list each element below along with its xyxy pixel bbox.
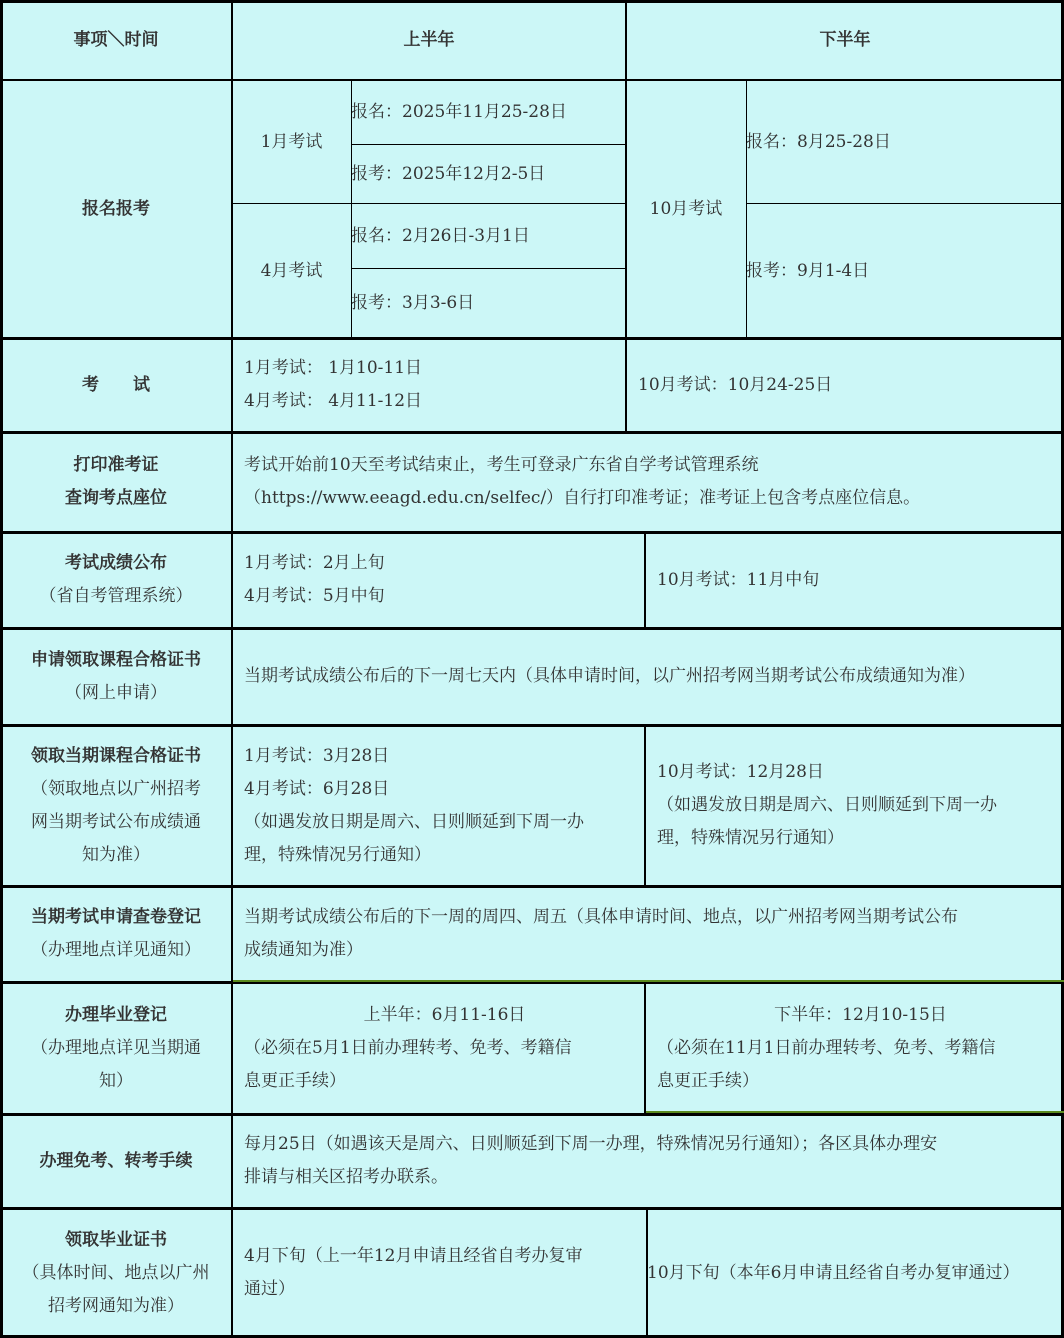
- admission-label-line1: 打印准考证: [74, 449, 159, 482]
- row-divider-green: [645, 1111, 1064, 1113]
- row-label-exemption: 办理免考、转考手续: [0, 1114, 232, 1208]
- graduation-label-line3: 知）: [99, 1065, 133, 1098]
- admission-content-line2: （https://www.eeagd.edu.cn/selfec/）自行打印准考…: [244, 482, 920, 515]
- oct-signup: 报名：8月25-28日: [746, 80, 1064, 204]
- diploma-second-half: 10月下旬（本年6月申请且经省自考办复审通过）: [647, 1208, 1064, 1338]
- apr-apply-text: 报考：3月3-6日: [351, 287, 474, 320]
- row-divider: [0, 1113, 1064, 1116]
- header-item-time-label: 事项＼时间: [74, 24, 159, 57]
- row-divider: [0, 531, 1064, 534]
- row-label-registration: 报名报考: [0, 80, 232, 338]
- col-divider: [351, 80, 352, 338]
- cert-collect-first-line4: 理，特殊情况另行通知）: [244, 839, 431, 872]
- results-first-half: 1月考试：2月上旬 4月考试：5月中旬: [232, 532, 645, 628]
- row-divider: [0, 79, 1064, 81]
- graduation-second-half: 下半年：12月10-15日 （必须在11月1日前办理转考、免考、考籍信 息更正手…: [645, 982, 1064, 1114]
- cert-collect-label-line3: 网当期考试公布成绩通: [31, 806, 201, 839]
- exemption-content-line2: 排请与相关区招考办联系。: [244, 1161, 448, 1194]
- admission-content-line1: 考试开始前10天至考试结束止，考生可登录广东省自学考试管理系统: [244, 449, 759, 482]
- col-divider: [644, 982, 646, 1114]
- admission-label-line2: 查询考点座位: [65, 482, 167, 515]
- cert-collect-second-half: 10月考试：12月28日 （如遇发放日期是周六、日则顺延到下周一办 理，特殊情况…: [645, 725, 1064, 886]
- col-divider: [646, 1208, 648, 1338]
- exam-first-line1: 1月考试： 1月10-11日: [244, 352, 422, 385]
- row-label-exam: 考 试: [0, 338, 232, 432]
- oct-exam-label: 10月考试: [626, 80, 746, 338]
- exemption-label: 办理免考、转考手续: [40, 1145, 193, 1178]
- exam-label: 考 试: [82, 369, 150, 402]
- cert-collect-label-line2: （领取地点以广州招考: [31, 773, 201, 806]
- oct-signup-text: 报名：8月25-28日: [746, 126, 891, 159]
- oct-apply: 报考：9月1-4日: [746, 204, 1064, 338]
- header-item-time: 事项＼时间: [0, 0, 232, 80]
- cert-collect-label-line1: 领取当期课程合格证书: [31, 740, 201, 773]
- row-label-cert-apply: 申请领取课程合格证书 （网上申请）: [0, 628, 232, 725]
- exam-first-line2: 4月考试： 4月11-12日: [244, 385, 422, 418]
- cert-collect-first-line2: 4月考试：6月28日: [244, 773, 389, 806]
- registration-label: 报名报考: [82, 193, 150, 226]
- results-first-line2: 4月考试：5月中旬: [244, 580, 385, 613]
- paper-review-content-line1: 当期考试成绩公布后的下一周的周四、周五（具体申请时间、地点，以广州招考网当期考试…: [244, 901, 958, 934]
- diploma-label-line2: （具体时间、地点以广州: [23, 1257, 210, 1290]
- jan-exam-text: 1月考试: [261, 126, 323, 159]
- apr-exam-text: 4月考试: [261, 255, 323, 288]
- graduation-label-line1: 办理毕业登记: [65, 999, 167, 1032]
- cert-collect-second-line2: （如遇发放日期是周六、日则顺延到下周一办: [657, 789, 997, 822]
- paper-review-content-line2: 成绩通知为准）: [244, 934, 363, 967]
- jan-signup: 报名：2025年11月25-28日: [351, 80, 626, 144]
- row-divider: [0, 337, 1064, 340]
- cert-collect-label-line4: 知为准）: [82, 839, 150, 872]
- col-divider: [625, 0, 627, 432]
- border-top: [0, 0, 1064, 3]
- exemption-content: 每月25日（如遇该天是周六、日则顺延到下周一办理，特殊情况另行通知）；各区具体办…: [232, 1114, 1064, 1208]
- cert-apply-content: 当期考试成绩公布后的下一周七天内（具体申请时间，以广州招考网当期考试公布成绩通知…: [232, 628, 1064, 725]
- apr-apply: 报考：3月3-6日: [351, 268, 626, 338]
- graduation-label-line2: （办理地点详见当期通: [31, 1032, 201, 1065]
- graduation-second-line1: 下半年：12月10-15日: [774, 999, 947, 1032]
- diploma-label-line1: 领取毕业证书: [65, 1224, 167, 1257]
- row-label-diploma: 领取毕业证书 （具体时间、地点以广州 招考网通知为准）: [0, 1208, 232, 1338]
- cert-collect-first-line1: 1月考试：3月28日: [244, 740, 389, 773]
- jan-exam-label: 1月考试: [232, 80, 351, 204]
- diploma-second-text: 10月下旬（本年6月申请且经省自考办复审通过）: [647, 1257, 1019, 1290]
- row-divider: [232, 982, 1064, 984]
- paper-review-content: 当期考试成绩公布后的下一周的周四、周五（具体申请时间、地点，以广州招考网当期考试…: [232, 886, 1064, 982]
- paper-review-label-line1: 当期考试申请查卷登记: [31, 901, 201, 934]
- row-label-graduation-reg: 办理毕业登记 （办理地点详见当期通 知）: [0, 982, 232, 1114]
- graduation-second-line3: 息更正手续）: [657, 1065, 759, 1098]
- paper-review-label-line2: （办理地点详见通知）: [31, 934, 201, 967]
- header-first-half-label: 上半年: [404, 24, 455, 57]
- apr-signup: 报名：2月26日-3月1日: [351, 204, 626, 268]
- apr-exam-label: 4月考试: [232, 204, 351, 338]
- row-divider: [0, 885, 1064, 888]
- row-divider: [0, 627, 1064, 630]
- row-label-cert-collect: 领取当期课程合格证书 （领取地点以广州招考 网当期考试公布成绩通 知为准）: [0, 725, 232, 886]
- exam-first-half: 1月考试： 1月10-11日 4月考试： 4月11-12日: [232, 338, 626, 432]
- exam-second-half: 10月考试：10月24-25日: [626, 338, 1064, 432]
- row-label-results: 考试成绩公布 （省自考管理系统）: [0, 532, 232, 628]
- header-second-half-label: 下半年: [820, 24, 871, 57]
- cert-collect-second-line3: 理，特殊情况另行通知）: [657, 822, 844, 855]
- cert-collect-second-line1: 10月考试：12月28日: [657, 756, 824, 789]
- cell-divider: [351, 144, 626, 145]
- cert-apply-label-line2: （网上申请）: [65, 677, 167, 710]
- exam-schedule-table: 事项＼时间 上半年 下半年 报名报考 1月考试 报名：2025年11月25-28…: [0, 0, 1064, 1338]
- row-divider: [0, 1207, 1064, 1210]
- results-first-line1: 1月考试：2月上旬: [244, 547, 385, 580]
- results-label-line2: （省自考管理系统）: [40, 580, 193, 613]
- graduation-first-line1: 上半年：6月11-16日: [364, 999, 526, 1032]
- results-second-text: 10月考试：11月中旬: [657, 564, 819, 597]
- col-divider: [644, 725, 646, 886]
- col-divider: [231, 0, 233, 1338]
- jan-apply: 报考：2025年12月2-5日: [351, 144, 626, 204]
- cell-divider: [351, 268, 626, 269]
- row-divider: [0, 431, 1064, 434]
- apr-signup-text: 报名：2月26日-3月1日: [351, 220, 530, 253]
- row-label-admission-ticket: 打印准考证 查询考点座位: [0, 432, 232, 532]
- oct-exam-text: 10月考试: [650, 193, 723, 226]
- jan-apply-text: 报考：2025年12月2-5日: [351, 158, 545, 191]
- graduation-first-half: 上半年：6月11-16日 （必须在5月1日前办理转考、免考、考籍信 息更正手续）: [232, 982, 645, 1114]
- cert-apply-text: 当期考试成绩公布后的下一周七天内（具体申请时间，以广州招考网当期考试公布成绩通知…: [244, 660, 975, 693]
- admission-ticket-content: 考试开始前10天至考试结束止，考生可登录广东省自学考试管理系统 （https:/…: [232, 432, 1064, 532]
- cert-apply-label-line1: 申请领取课程合格证书: [31, 644, 201, 677]
- row-divider: [0, 981, 232, 984]
- graduation-first-line2: （必须在5月1日前办理转考、免考、考籍信: [244, 1032, 572, 1065]
- col-divider: [746, 80, 747, 338]
- diploma-first-line2: 通过）: [244, 1273, 295, 1306]
- exam-second-text: 10月考试：10月24-25日: [638, 369, 832, 402]
- jan-signup-text: 报名：2025年11月25-28日: [351, 96, 567, 129]
- diploma-label-line3: 招考网通知为准）: [48, 1290, 184, 1323]
- cert-collect-first-half: 1月考试：3月28日 4月考试：6月28日 （如遇发放日期是周六、日则顺延到下周…: [232, 725, 645, 886]
- results-second-half: 10月考试：11月中旬: [645, 532, 1064, 628]
- header-first-half: 上半年: [232, 0, 626, 80]
- cell-divider: [746, 203, 1064, 204]
- row-divider: [0, 724, 1064, 727]
- exemption-content-line1: 每月25日（如遇该天是周六、日则顺延到下周一办理，特殊情况另行通知）；各区具体办…: [244, 1128, 937, 1161]
- col-divider: [644, 532, 646, 628]
- diploma-first-half: 4月下旬（上一年12月申请且经省自考办复审 通过）: [232, 1208, 647, 1338]
- cell-divider: [232, 203, 626, 204]
- oct-apply-text: 报考：9月1-4日: [746, 255, 869, 288]
- row-label-paper-review: 当期考试申请查卷登记 （办理地点详见通知）: [0, 886, 232, 982]
- graduation-first-line3: 息更正手续）: [244, 1065, 346, 1098]
- results-label-line1: 考试成绩公布: [65, 547, 167, 580]
- diploma-first-line1: 4月下旬（上一年12月申请且经省自考办复审: [244, 1240, 582, 1273]
- graduation-second-line2: （必须在11月1日前办理转考、免考、考籍信: [657, 1032, 995, 1065]
- border-left: [0, 0, 3, 1338]
- header-second-half: 下半年: [626, 0, 1064, 80]
- cert-collect-first-line3: （如遇发放日期是周六、日则顺延到下周一办: [244, 806, 584, 839]
